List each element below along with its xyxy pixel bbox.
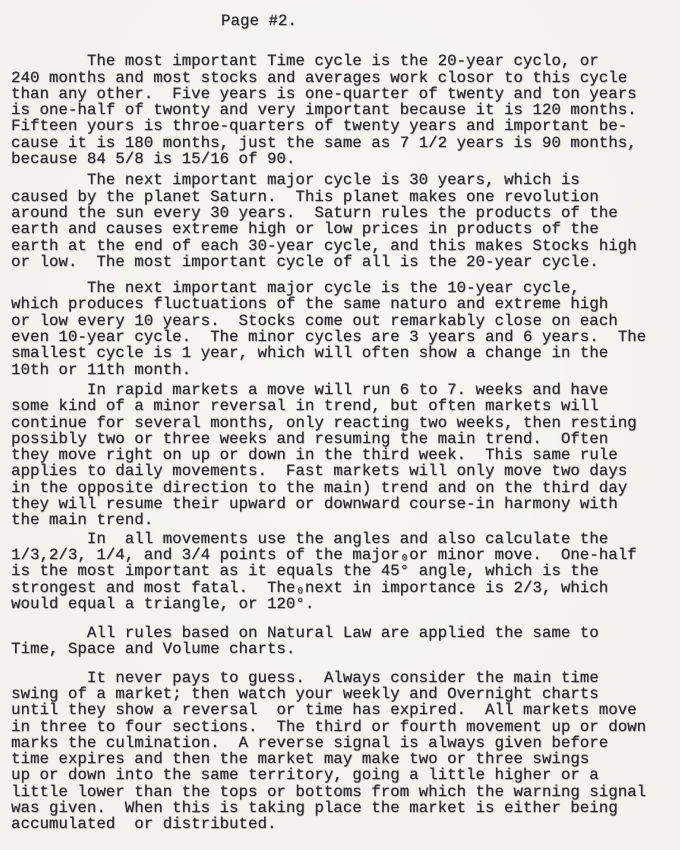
paragraph-10-year-cycle: The next important major cycle is the 10…	[11, 280, 680, 378]
paragraph-20-year-cycle: The most important Time cycle is the 20-…	[11, 53, 680, 167]
document-page: Page #2. The most important Time cycle i…	[0, 0, 680, 850]
paragraph-rapid-markets: In rapid markets a move will run 6 to 7.…	[11, 382, 680, 529]
page-number-header: Page #2.	[11, 13, 680, 29]
paragraph-30-year-saturn-cycle: The next important major cycle is 30 yea…	[11, 172, 680, 270]
paragraph-never-guess: It never pays to guess. Always consider …	[11, 670, 680, 833]
paragraph-angles-calculation: In all movements use the angles and also…	[11, 531, 680, 612]
paragraph-natural-law: All rules based on Natural Law are appli…	[11, 625, 680, 658]
